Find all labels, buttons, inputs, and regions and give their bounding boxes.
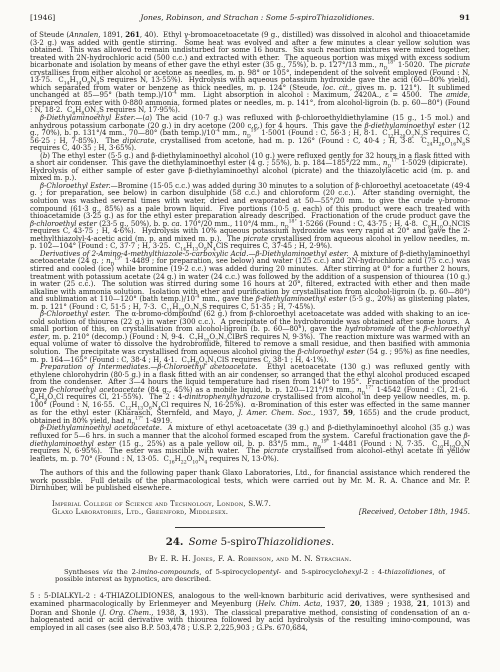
article-abstract: Syntheses via the 2-imino-compounds, of … bbox=[55, 569, 445, 584]
page-number: 91 bbox=[459, 13, 470, 22]
paragraph-continuation: of Steude (Annalen, 1891, 261, 40). Ethy… bbox=[30, 31, 470, 115]
paragraph-diethylaminoethyl-acetoacetate: β-Diethylaminoethyl acetoacetate. A mixt… bbox=[30, 425, 470, 463]
author-addresses: Imperial College of Science and Technolo… bbox=[52, 500, 470, 517]
paragraph-preparation-intermediates: Preparation of Intermediates.—β-Chloroet… bbox=[30, 364, 470, 425]
paragraph-derivatives-acid: Derivatives of 2-Amino-4-methylthiazole-… bbox=[30, 251, 470, 311]
paragraph-chloroethyl-ester: β-Chloroethyl Ester.—Bromine (15·05 c.c.… bbox=[30, 183, 470, 251]
received-date: [Received, October 18th, 1945. bbox=[359, 508, 470, 517]
article-title: 24. Some 5-spiroThiazolidiones. bbox=[30, 536, 470, 548]
issue-year-tag: [1946] bbox=[30, 13, 55, 22]
acknowledgement-paragraph: The authors of this and the following pa… bbox=[30, 470, 470, 493]
address-line-2: Glaxo Laboratories, Ltd., Greenford, Mid… bbox=[52, 508, 228, 517]
paragraph-diethylaminoethyl-ester: β-Diethylaminoethyl Ester.—(a) The acid … bbox=[30, 115, 470, 153]
running-title: Jones, Robinson, and Strachan : Some 5-s… bbox=[140, 13, 374, 22]
paragraph-chloroethyl-ester-2: β-Chloroethyl ester. The α-bromo-compoun… bbox=[30, 311, 470, 364]
article-byline: By E. R. H. Jones, F. A. Robinson, and M… bbox=[30, 554, 470, 563]
journal-page: [1946] Jones, Robinson, and Strachan : S… bbox=[0, 0, 500, 633]
address-row: Glaxo Laboratories, Ltd., Greenford, Mid… bbox=[52, 508, 470, 517]
section-divider bbox=[175, 527, 325, 528]
address-line-1: Imperial College of Science and Technolo… bbox=[52, 500, 470, 509]
article-opening-paragraph: 5 : 5-DIALKYL-2 : 4-THIAZOLIDIONES, anal… bbox=[30, 593, 470, 633]
page-header: [1946] Jones, Robinson, and Strachan : S… bbox=[30, 13, 470, 22]
paragraph-ethyl-ester-b: (b) The ethyl ester (5·5 g.) and β-dieth… bbox=[30, 153, 470, 183]
experimental-text: of Steude (Annalen, 1891, 261, 40). Ethy… bbox=[30, 31, 470, 493]
